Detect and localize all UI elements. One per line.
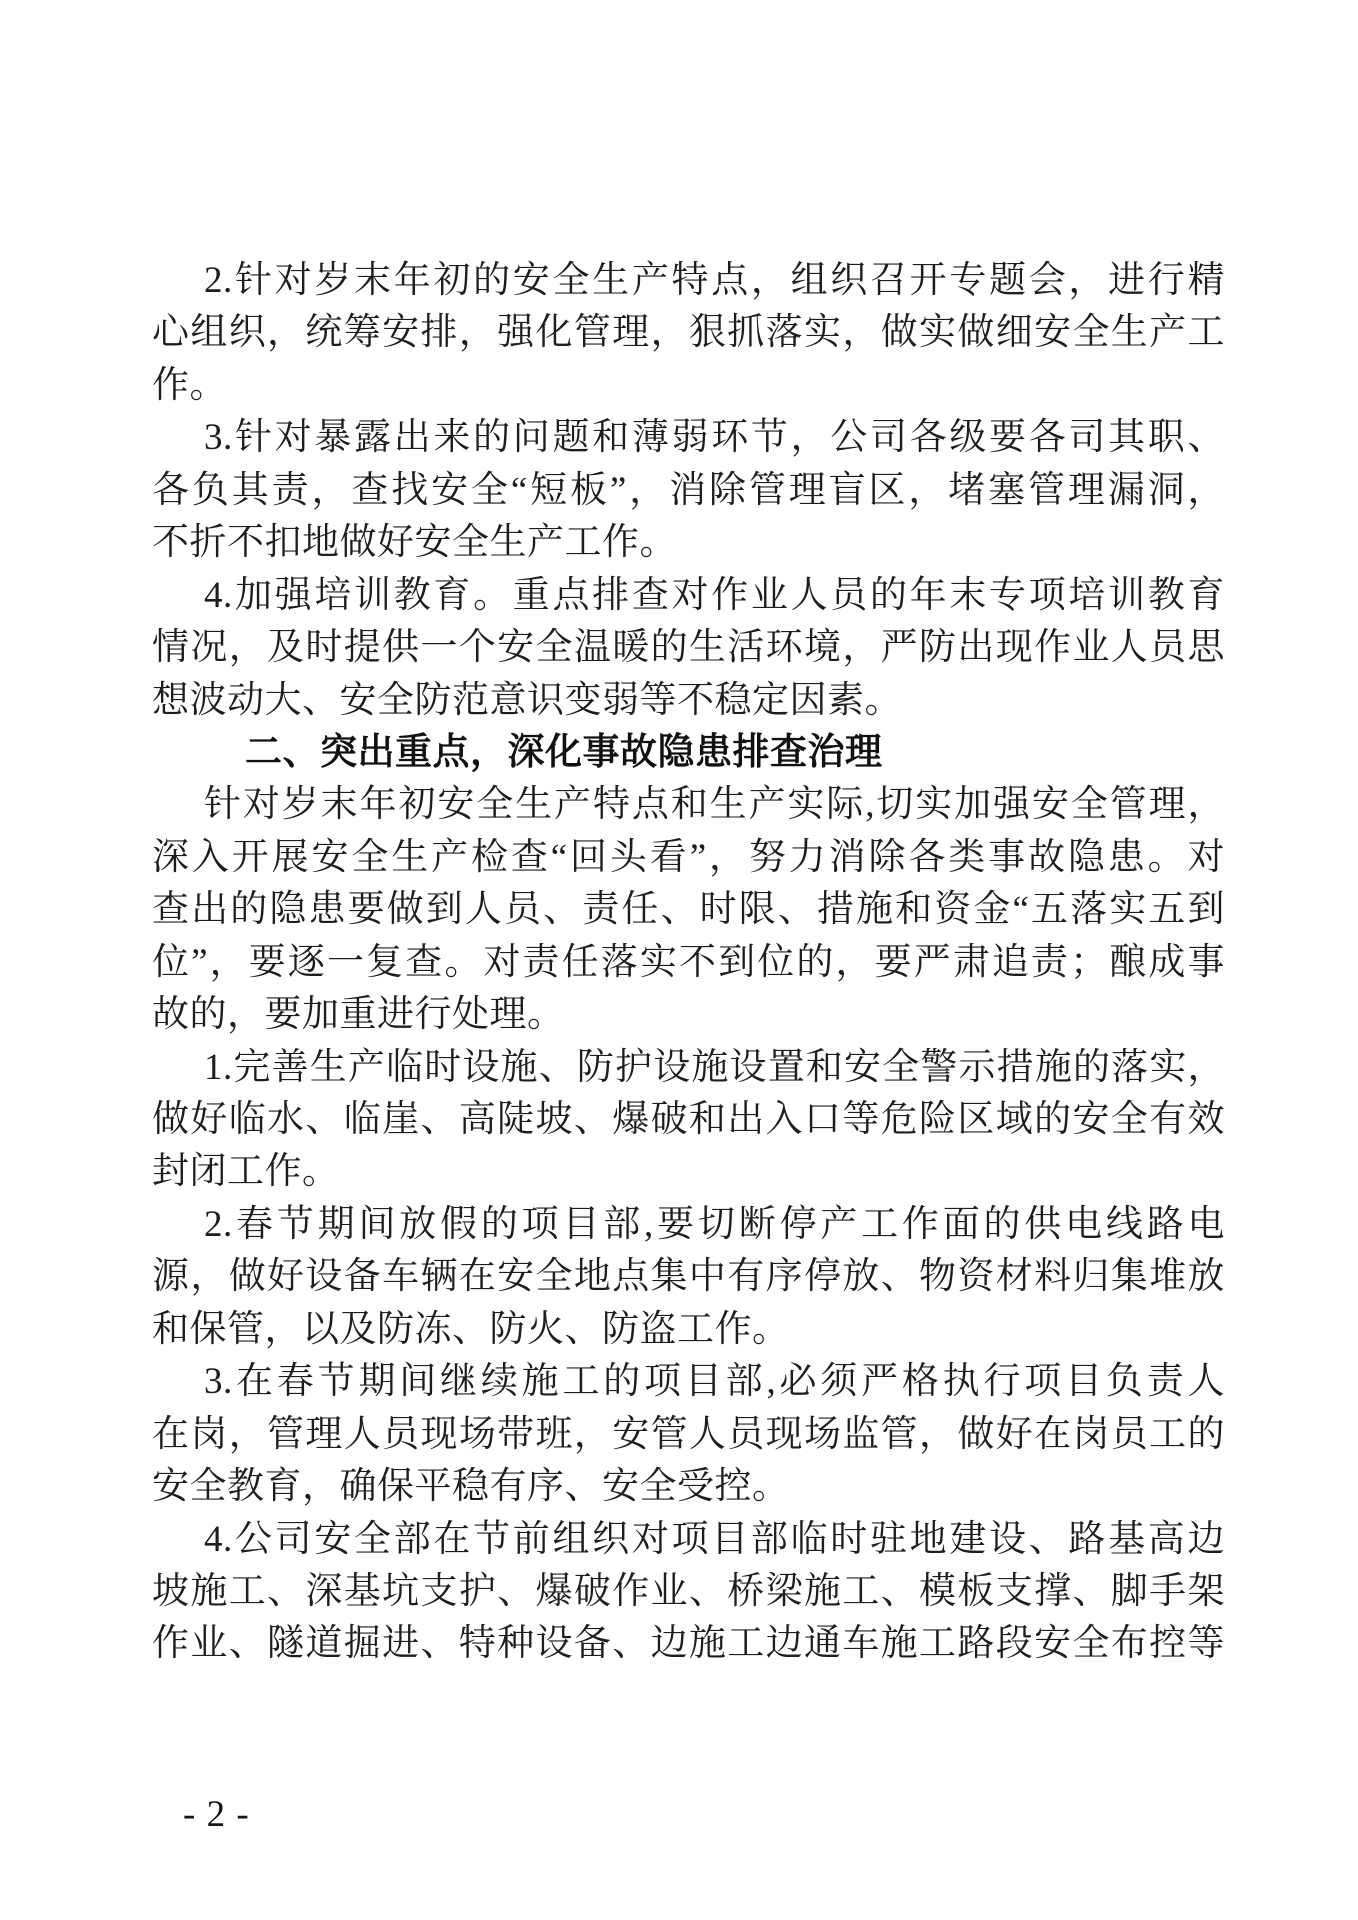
body-line: 2.春节期间放假的项目部,要切断停产工作面的供电线路电 [152,1199,1225,1251]
body-line: 不折不扣地做好安全生产工作。 [152,517,1225,569]
body-line: 坡施工、深基坑支护、爆破作业、桥梁施工、模板支撑、脚手架 [152,1566,1225,1618]
body-line: 情况，及时提供一个安全温暖的生活环境，严防出现作业人员思 [152,622,1225,674]
body-line: 和保管，以及防冻、防火、防盗工作。 [152,1304,1225,1356]
page-number: - 2 - [183,1793,250,1837]
section-heading: 二、突出重点，深化事故隐患排查治理 [152,727,1225,779]
body-line: 源，做好设备车辆在安全地点集中有序停放、物资材料归集堆放 [152,1251,1225,1303]
body-line: 针对岁末年初安全生产特点和生产实际,切实加强安全管理， [152,779,1225,831]
body-line: 2.针对岁末年初的安全生产特点，组织召开专题会，进行精 [152,255,1225,307]
body-line: 封闭工作。 [152,1146,1225,1198]
body-line: 作。 [152,360,1225,412]
body-line: 故的，要加重进行处理。 [152,989,1225,1041]
body-line: 做好临水、临崖、高陡坡、爆破和出入口等危险区域的安全有效 [152,1094,1225,1146]
document-body: 2.针对岁末年初的安全生产特点，组织召开专题会，进行精心组织，统筹安排，强化管理… [152,255,1225,1671]
body-line: 查出的隐患要做到人员、责任、时限、措施和资金“五落实五到 [152,884,1225,936]
body-line: 4.公司安全部在节前组织对项目部临时驻地建设、路基高边 [152,1514,1225,1566]
body-line: 在岗，管理人员现场带班，安管人员现场监管，做好在岗员工的 [152,1409,1225,1461]
body-line: 1.完善生产临时设施、防护设施设置和安全警示措施的落实， [152,1042,1225,1094]
body-line: 作业、隧道掘进、特种设备、边施工边通车施工路段安全布控等 [152,1618,1225,1670]
body-line: 心组织，统筹安排，强化管理，狠抓落实，做实做细安全生产工 [152,307,1225,359]
body-line: 位”，要逐一复查。对责任落实不到位的，要严肃追责；酿成事 [152,937,1225,989]
body-line: 深入开展安全生产检查“回头看”，努力消除各类事故隐患。对 [152,832,1225,884]
body-line: 安全教育，确保平稳有序、安全受控。 [152,1461,1225,1513]
body-line: 4.加强培训教育。重点排查对作业人员的年末专项培训教育 [152,570,1225,622]
document-page: 2.针对岁末年初的安全生产特点，组织召开专题会，进行精心组织，统筹安排，强化管理… [0,0,1358,1920]
body-line: 想波动大、安全防范意识变弱等不稳定因素。 [152,675,1225,727]
body-line: 3.在春节期间继续施工的项目部,必须严格执行项目负责人 [152,1356,1225,1408]
body-line: 3.针对暴露出来的问题和薄弱环节，公司各级要各司其职、 [152,412,1225,464]
body-line: 各负其责，查找安全“短板”，消除管理盲区，堵塞管理漏洞， [152,465,1225,517]
